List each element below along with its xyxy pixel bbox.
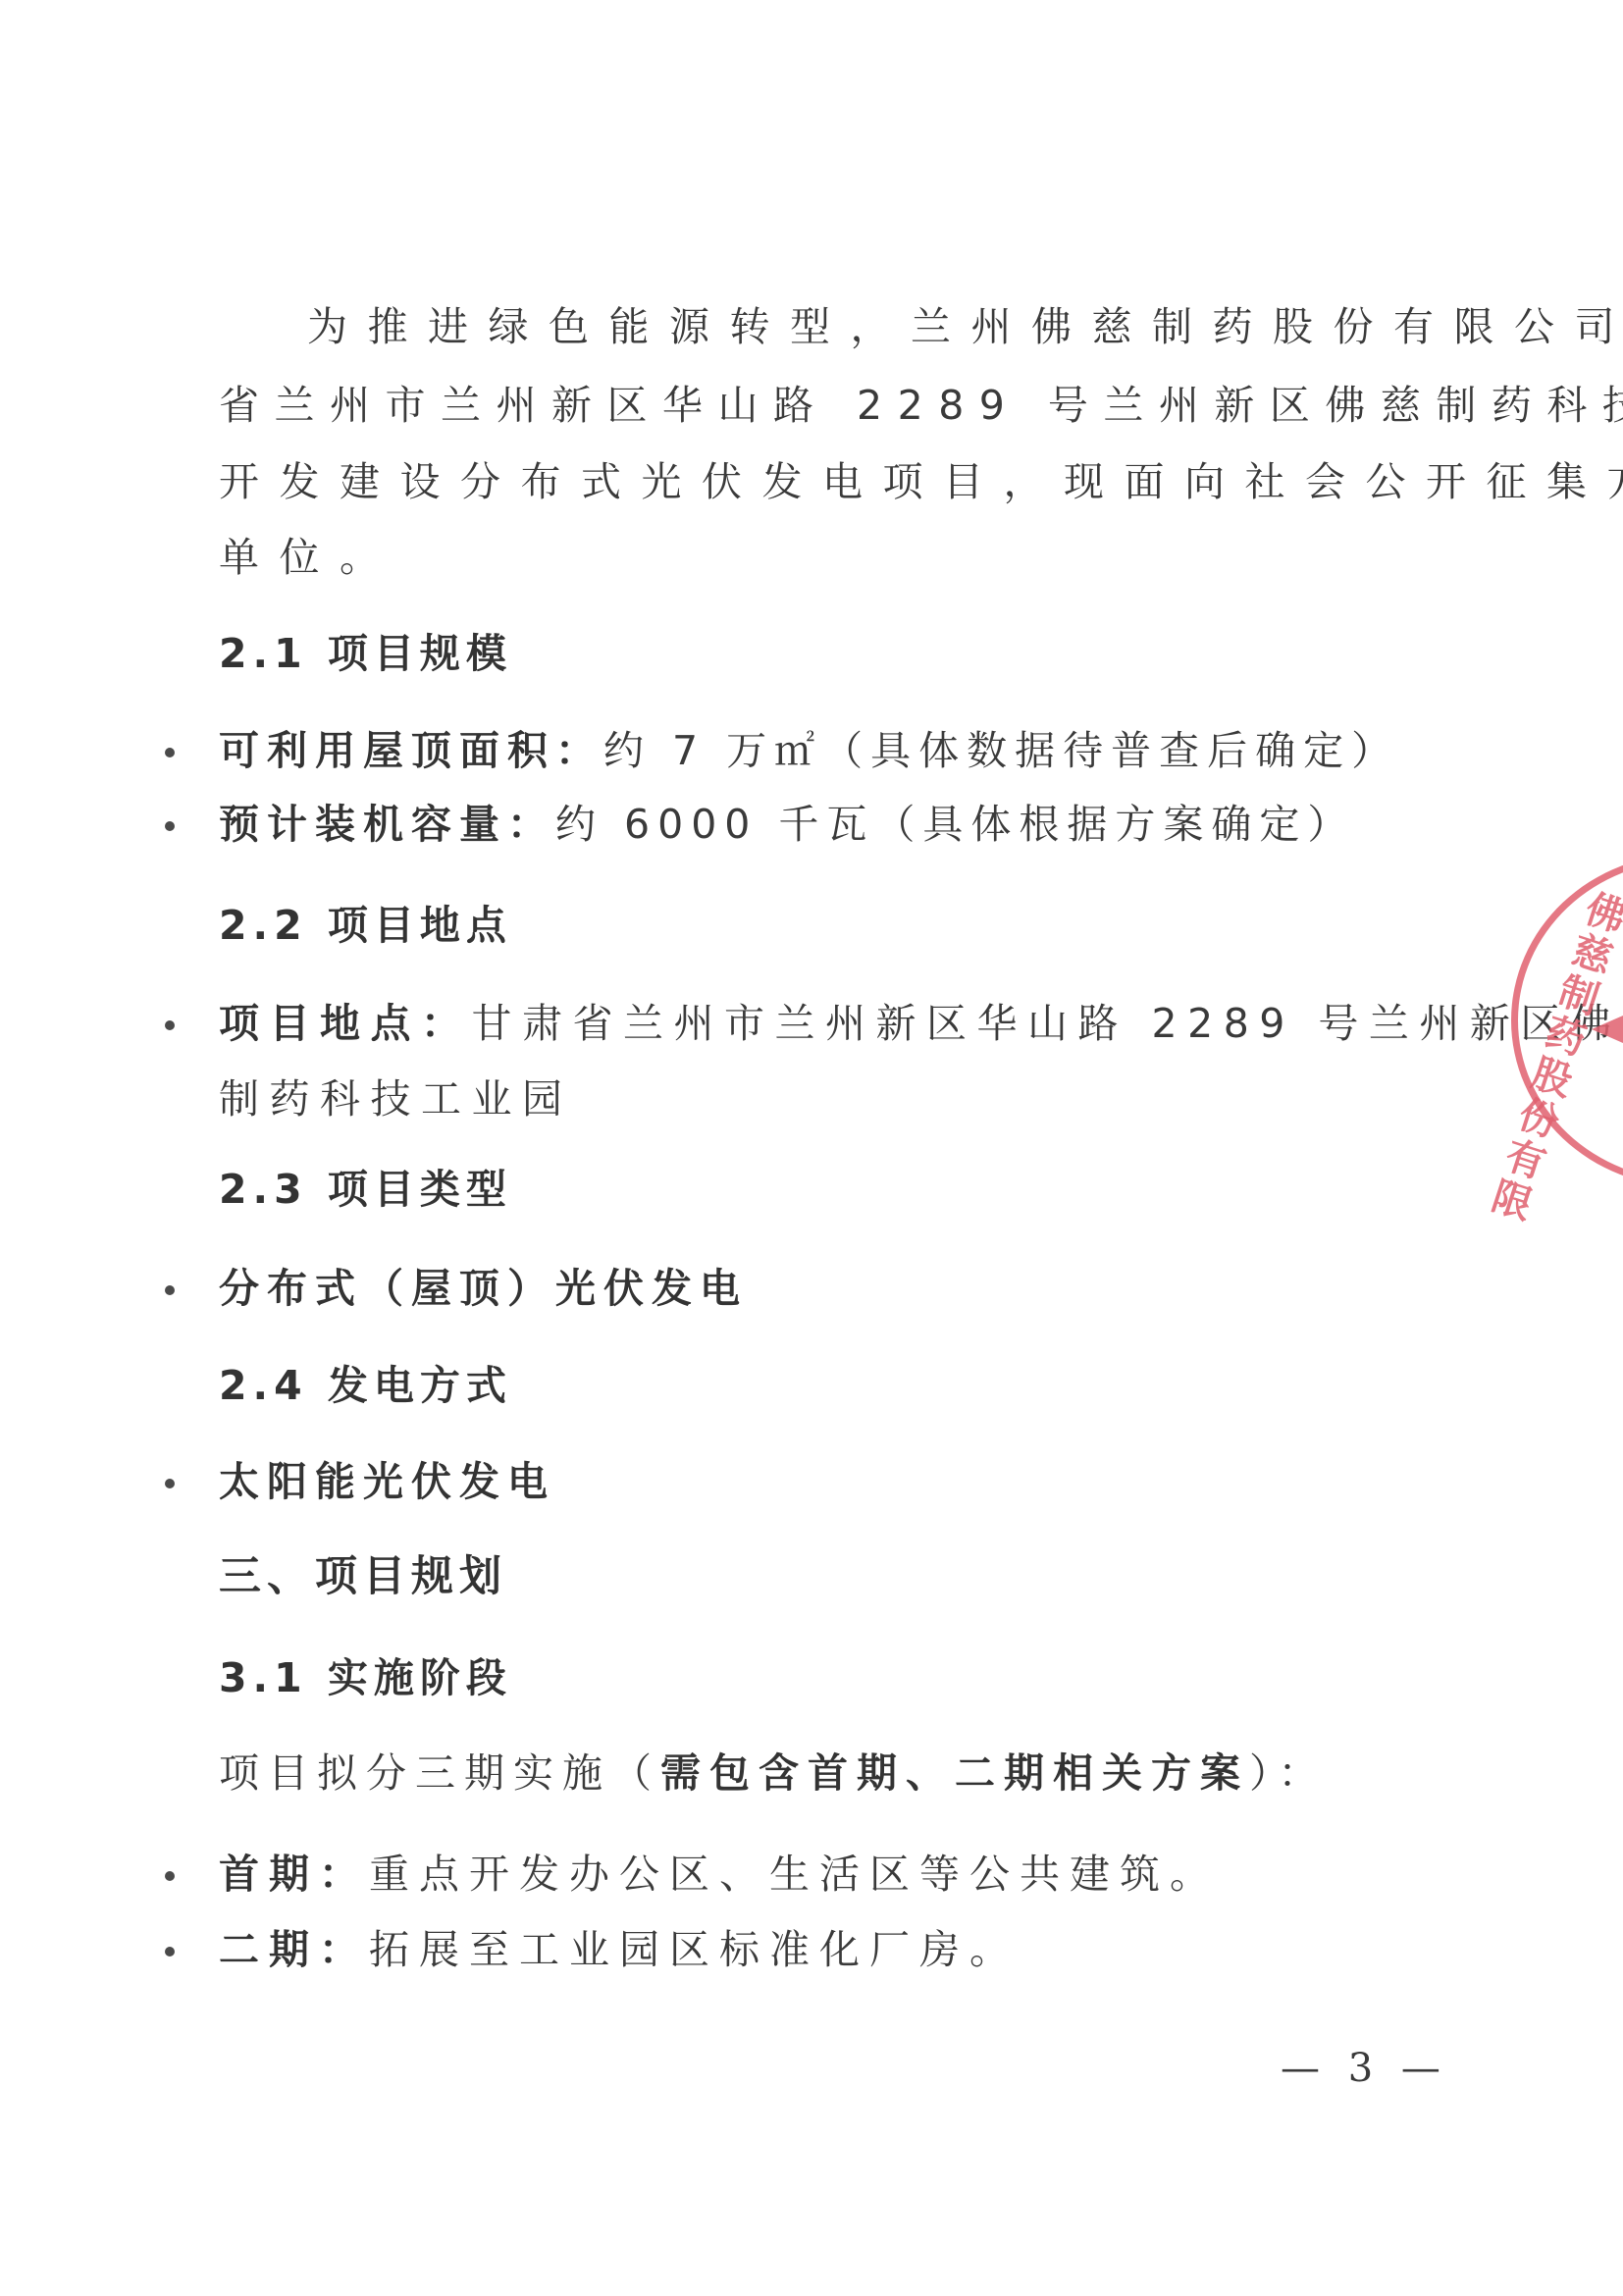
list-item-generation-method: 太阳能光伏发电 xyxy=(219,1457,555,1506)
bullet-icon xyxy=(165,1947,175,1957)
list-item-label: 二期： xyxy=(219,1926,369,1973)
intro-line-4: 单位。 xyxy=(219,533,400,582)
section-heading-2-4: 2.4 发电方式 xyxy=(219,1361,512,1410)
intro-line-1: 为推进绿色能源转型，兰州佛慈制药股份有限公司拟在甘肃 xyxy=(307,302,1623,351)
list-item-roof-area: 可利用屋顶面积：约 7 万㎡（具体数据待普查后确定） xyxy=(219,726,1399,775)
list-item-text: 约 6000 千瓦（具体根据方案确定） xyxy=(555,801,1355,848)
bullet-icon xyxy=(165,1871,175,1881)
intro-line-2: 省兰州市兰州新区华山路 2289 号兰州新区佛慈制药科技工业园 xyxy=(219,381,1623,430)
list-item-text: 甘肃省兰州市兰州新区华山路 2289 号兰州新区佛慈 xyxy=(472,1000,1623,1047)
section-heading-2-1: 2.1 项目规模 xyxy=(219,629,512,678)
phases-intro: 项目拟分三期实施（需包含首期、二期相关方案）： xyxy=(219,1748,1328,1798)
page-number: — 3 — xyxy=(1281,2046,1448,2091)
list-item-location: 项目地点：甘肃省兰州市兰州新区华山路 2289 号兰州新区佛慈 xyxy=(219,999,1623,1048)
bullet-icon xyxy=(165,748,175,757)
bullet-icon xyxy=(165,1479,175,1488)
list-item-project-type: 分布式（屋顶）光伏发电 xyxy=(219,1264,748,1313)
seal-star-icon xyxy=(1592,1016,1623,1043)
phases-intro-plain: 项目拟分三期实施（ xyxy=(219,1749,660,1797)
intro-line-3: 开发建设分布式光伏发电项目，现面向社会公开征集方案与合作 xyxy=(219,457,1623,506)
section-heading-2-3: 2.3 项目类型 xyxy=(219,1165,512,1214)
list-item-phase-2: 二期：拓展至工业园区标准化厂房。 xyxy=(219,1925,1020,1974)
list-item-location-continuation: 制药科技工业园 xyxy=(219,1074,573,1123)
list-item-label: 预计装机容量： xyxy=(219,801,555,848)
list-item-text: 重点开发办公区、生活区等公共建筑。 xyxy=(369,1851,1220,1898)
bullet-icon xyxy=(165,1285,175,1295)
section-heading-3-1: 3.1 实施阶段 xyxy=(219,1653,512,1702)
list-item-capacity: 预计装机容量：约 6000 千瓦（具体根据方案确定） xyxy=(219,800,1355,849)
phases-intro-end: ）： xyxy=(1249,1749,1328,1797)
list-item-label: 项目地点： xyxy=(219,1000,472,1047)
list-item-text: 拓展至工业园区标准化厂房。 xyxy=(369,1926,1020,1973)
section-heading-2-2: 2.2 项目地点 xyxy=(219,901,512,950)
phases-intro-bold: 需包含首期、二期相关方案 xyxy=(660,1749,1249,1797)
bullet-icon xyxy=(165,1020,175,1030)
section-heading-3: 三、项目规划 xyxy=(219,1552,507,1601)
list-item-phase-1: 首期：重点开发办公区、生活区等公共建筑。 xyxy=(219,1850,1220,1899)
list-item-label: 首期： xyxy=(219,1851,369,1898)
list-item-label: 可利用屋顶面积： xyxy=(219,727,603,774)
bullet-icon xyxy=(165,821,175,831)
list-item-text: 约 7 万㎡（具体数据待普查后确定） xyxy=(603,727,1399,774)
